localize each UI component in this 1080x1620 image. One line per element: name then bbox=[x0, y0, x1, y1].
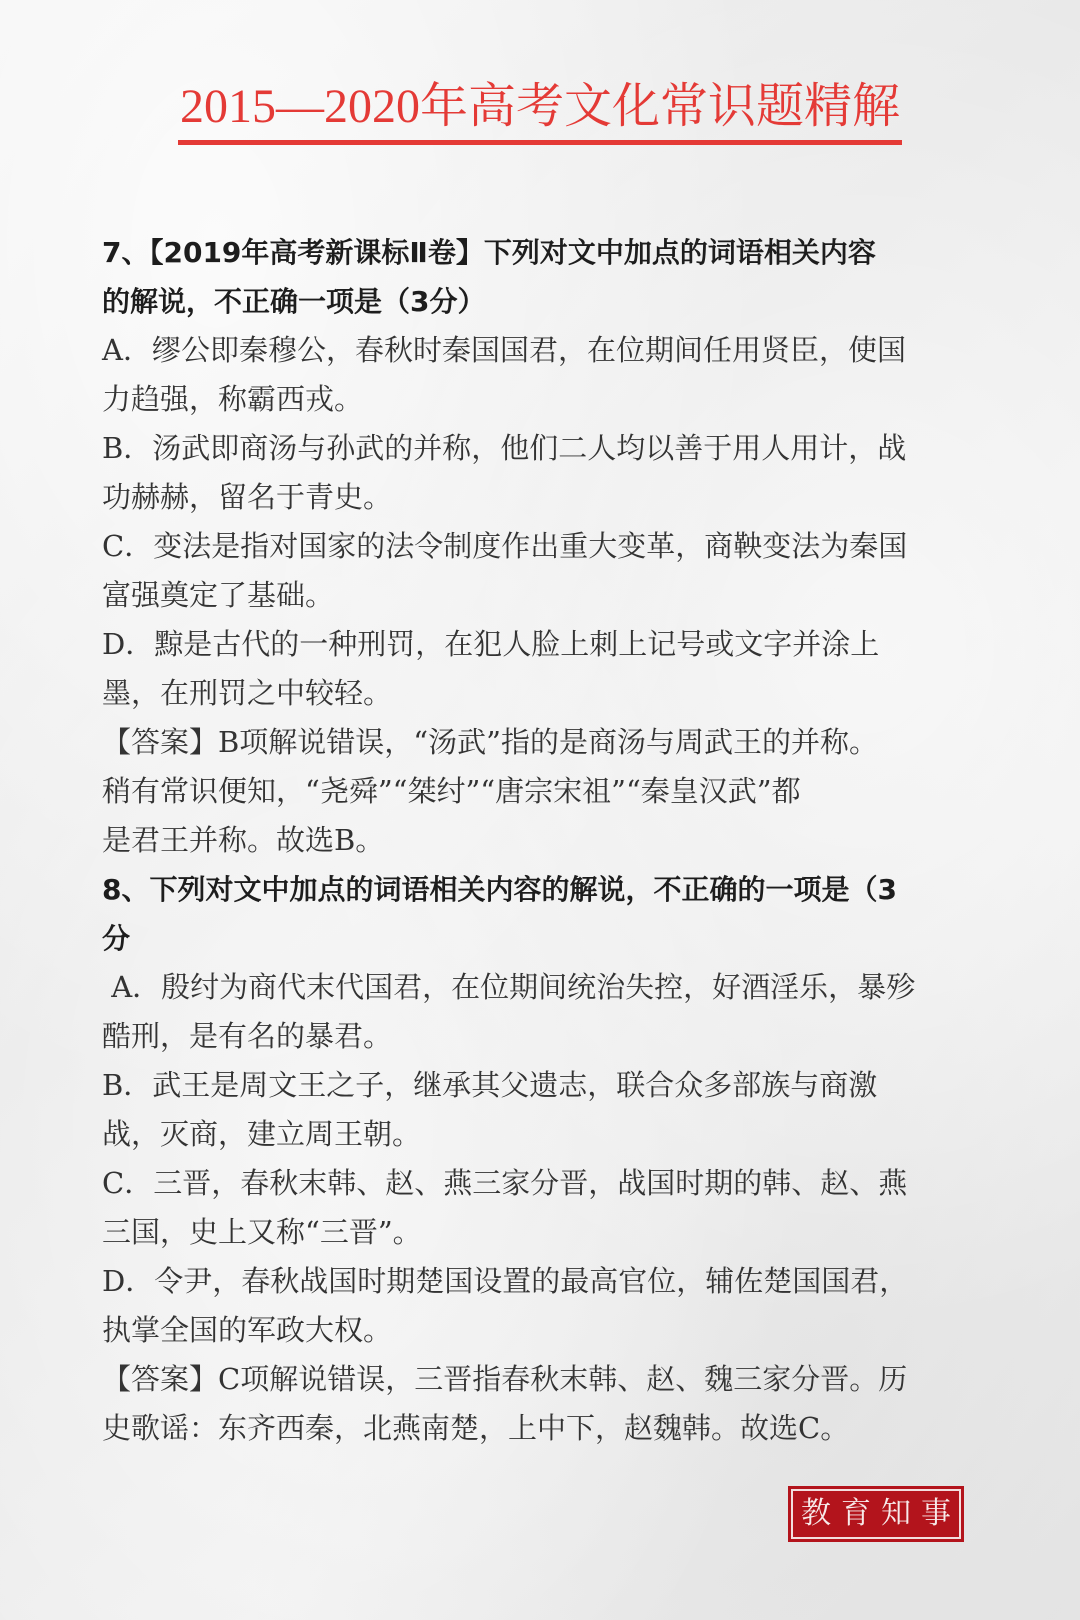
question-header-line: 7、【2019年高考新课标Ⅱ卷】下列对文中加点的词语相关内容 bbox=[102, 228, 972, 277]
option-c: C．变法是指对国家的法令制度作出重大变革，商鞅变法为秦国 富强奠定了基础。 bbox=[102, 522, 972, 620]
option-line: 力趋强，称霸西戎。 bbox=[102, 375, 972, 424]
answer-block: 【答案】B项解说错误，“汤武”指的是商汤与周武王的并称。 稍有常识便知，“尧舜”… bbox=[102, 718, 972, 865]
option-line: 战，灭商，建立周王朝。 bbox=[102, 1110, 972, 1159]
question-8: 8、下列对文中加点的词语相关内容的解说，不正确的一项是（3 分 A．殷纣为商代末… bbox=[102, 865, 972, 1453]
option-line: 执掌全国的军政大权。 bbox=[102, 1306, 972, 1355]
question-header-line: 分 bbox=[102, 914, 972, 963]
answer-block: 【答案】C项解说错误，三晋指春秋末韩、赵、魏三家分晋。历 史歌谣：东齐西秦，北燕… bbox=[102, 1355, 972, 1453]
document-page: 2015—2020年高考文化常识题精解 7、【2019年高考新课标Ⅱ卷】下列对文… bbox=[0, 0, 1080, 1620]
option-c: C．三晋，春秋末韩、赵、燕三家分晋，战国时期的韩、赵、燕 三国，史上又称“三晋”… bbox=[102, 1159, 972, 1257]
option-line: D．黥是古代的一种刑罚，在犯人脸上刺上记号或文字并涂上 bbox=[102, 620, 972, 669]
seal-stamp-logo: 教育知事 bbox=[788, 1486, 964, 1542]
content-body: 7、【2019年高考新课标Ⅱ卷】下列对文中加点的词语相关内容 的解说，不正确一项… bbox=[102, 228, 972, 1453]
option-a: A．殷纣为商代末代国君，在位期间统治失控，好酒淫乐，暴殄 酷刑，是有名的暴君。 bbox=[102, 963, 972, 1061]
answer-line: 【答案】B项解说错误，“汤武”指的是商汤与周武王的并称。 bbox=[102, 718, 972, 767]
seal-text: 教育知事 bbox=[791, 1494, 961, 1534]
answer-line: 【答案】C项解说错误，三晋指春秋末韩、赵、魏三家分晋。历 bbox=[102, 1355, 972, 1404]
option-b: B．武王是周文王之子，继承其父遗志，联合众多部族与商激 战，灭商，建立周王朝。 bbox=[102, 1061, 972, 1159]
option-line: D．令尹，春秋战国时期楚国设置的最高官位，辅佐楚国国君， bbox=[102, 1257, 972, 1306]
option-line: 功赫赫，留名于青史。 bbox=[102, 473, 972, 522]
option-line: A．殷纣为商代末代国君，在位期间统治失控，好酒淫乐，暴殄 bbox=[102, 963, 972, 1012]
page-title: 2015—2020年高考文化常识题精解 bbox=[178, 78, 902, 145]
option-line: B．汤武即商汤与孙武的并称，他们二人均以善于用人用计，战 bbox=[102, 424, 972, 473]
answer-line: 稍有常识便知，“尧舜”“桀纣”“唐宗宋祖”“秦皇汉武”都 bbox=[102, 767, 972, 816]
option-line: 墨，在刑罚之中较轻。 bbox=[102, 669, 972, 718]
title-container: 2015—2020年高考文化常识题精解 bbox=[0, 78, 1080, 145]
option-d: D．令尹，春秋战国时期楚国设置的最高官位，辅佐楚国国君， 执掌全国的军政大权。 bbox=[102, 1257, 972, 1355]
question-7: 7、【2019年高考新课标Ⅱ卷】下列对文中加点的词语相关内容 的解说，不正确一项… bbox=[102, 228, 972, 865]
option-line: B．武王是周文王之子，继承其父遗志，联合众多部族与商激 bbox=[102, 1061, 972, 1110]
option-line: C．三晋，春秋末韩、赵、燕三家分晋，战国时期的韩、赵、燕 bbox=[102, 1159, 972, 1208]
option-b: B．汤武即商汤与孙武的并称，他们二人均以善于用人用计，战 功赫赫，留名于青史。 bbox=[102, 424, 972, 522]
option-d: D．黥是古代的一种刑罚，在犯人脸上刺上记号或文字并涂上 墨，在刑罚之中较轻。 bbox=[102, 620, 972, 718]
option-line: A．缪公即秦穆公，春秋时秦国国君，在位期间任用贤臣，使国 bbox=[102, 326, 972, 375]
answer-line: 是君王并称。故选B。 bbox=[102, 816, 972, 865]
option-line: C．变法是指对国家的法令制度作出重大变革，商鞅变法为秦国 bbox=[102, 522, 972, 571]
question-header-line: 8、下列对文中加点的词语相关内容的解说，不正确的一项是（3 bbox=[102, 865, 972, 914]
option-a: A．缪公即秦穆公，春秋时秦国国君，在位期间任用贤臣，使国 力趋强，称霸西戎。 bbox=[102, 326, 972, 424]
option-line: 酷刑，是有名的暴君。 bbox=[102, 1012, 972, 1061]
option-line: 富强奠定了基础。 bbox=[102, 571, 972, 620]
question-header-line: 的解说，不正确一项是（3分） bbox=[102, 277, 972, 326]
answer-line: 史歌谣：东齐西秦，北燕南楚，上中下，赵魏韩。故选C。 bbox=[102, 1404, 972, 1453]
option-line: 三国，史上又称“三晋”。 bbox=[102, 1208, 972, 1257]
